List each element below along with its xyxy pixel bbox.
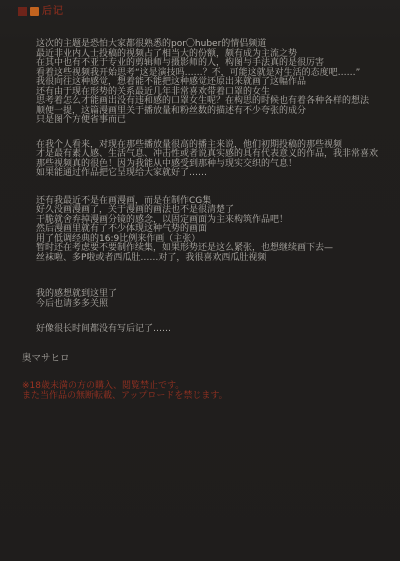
text-line: 今后也请多多关照 (36, 300, 384, 310)
paragraph-closing: 我的感想就到这里了今后也请多多关照 (36, 290, 384, 309)
orange-square-bullet-icon (30, 7, 39, 16)
afterword-page: 后记 这次的主题是恐怕大家都很熟悉的por〇huber的情侣频道最近非业内人士投… (0, 0, 400, 561)
text-line: 如果能通过作品把它呈现给大家就好了…… (36, 169, 384, 179)
artist-signature: 奥マサヒロ (22, 353, 384, 364)
text-line: また当作品の無断転載、アップロードを禁じます。 (22, 391, 384, 401)
afterword-title: 后记 (42, 6, 64, 17)
paragraph-cg-production: 还有我最近不是在画漫画，而是在制作CG集好久没画漫画了，关于漫画的画法也不是很清… (36, 197, 384, 264)
text-line: 丝袜啦、多P啦或者西瓜肚……对了，我很喜欢西瓜肚视频 (36, 254, 384, 264)
text-line: 只是图个方便省事而已 (36, 116, 384, 126)
age-restriction-notice: ※18歳未満の方の購入、閲覧禁止です。また当作品の無断転載、アップロードを禁じま… (22, 381, 384, 401)
afterword-body: 这次的主题是恐怕大家都很熟悉的por〇huber的情侣频道最近非业内人士投稿的视… (36, 40, 384, 401)
paragraph-opinion: 在我个人看来，对现在那些播放量很高的播主来说，他们初期投稿的那些视频才是最有素人… (36, 141, 384, 179)
afterword-header: 后记 (18, 6, 64, 17)
text-line: 好像很长时间都没有写后记了…… (36, 325, 384, 335)
dark-square-bullet-icon (18, 7, 27, 16)
paragraph-postscript: 好像很长时间都没有写后记了…… (36, 325, 384, 335)
paragraph-topic: 这次的主题是恐怕大家都很熟悉的por〇huber的情侣频道最近非业内人士投稿的视… (36, 40, 384, 126)
text-line: ※18歳未満の方の購入、閲覧禁止です。 (22, 381, 384, 391)
